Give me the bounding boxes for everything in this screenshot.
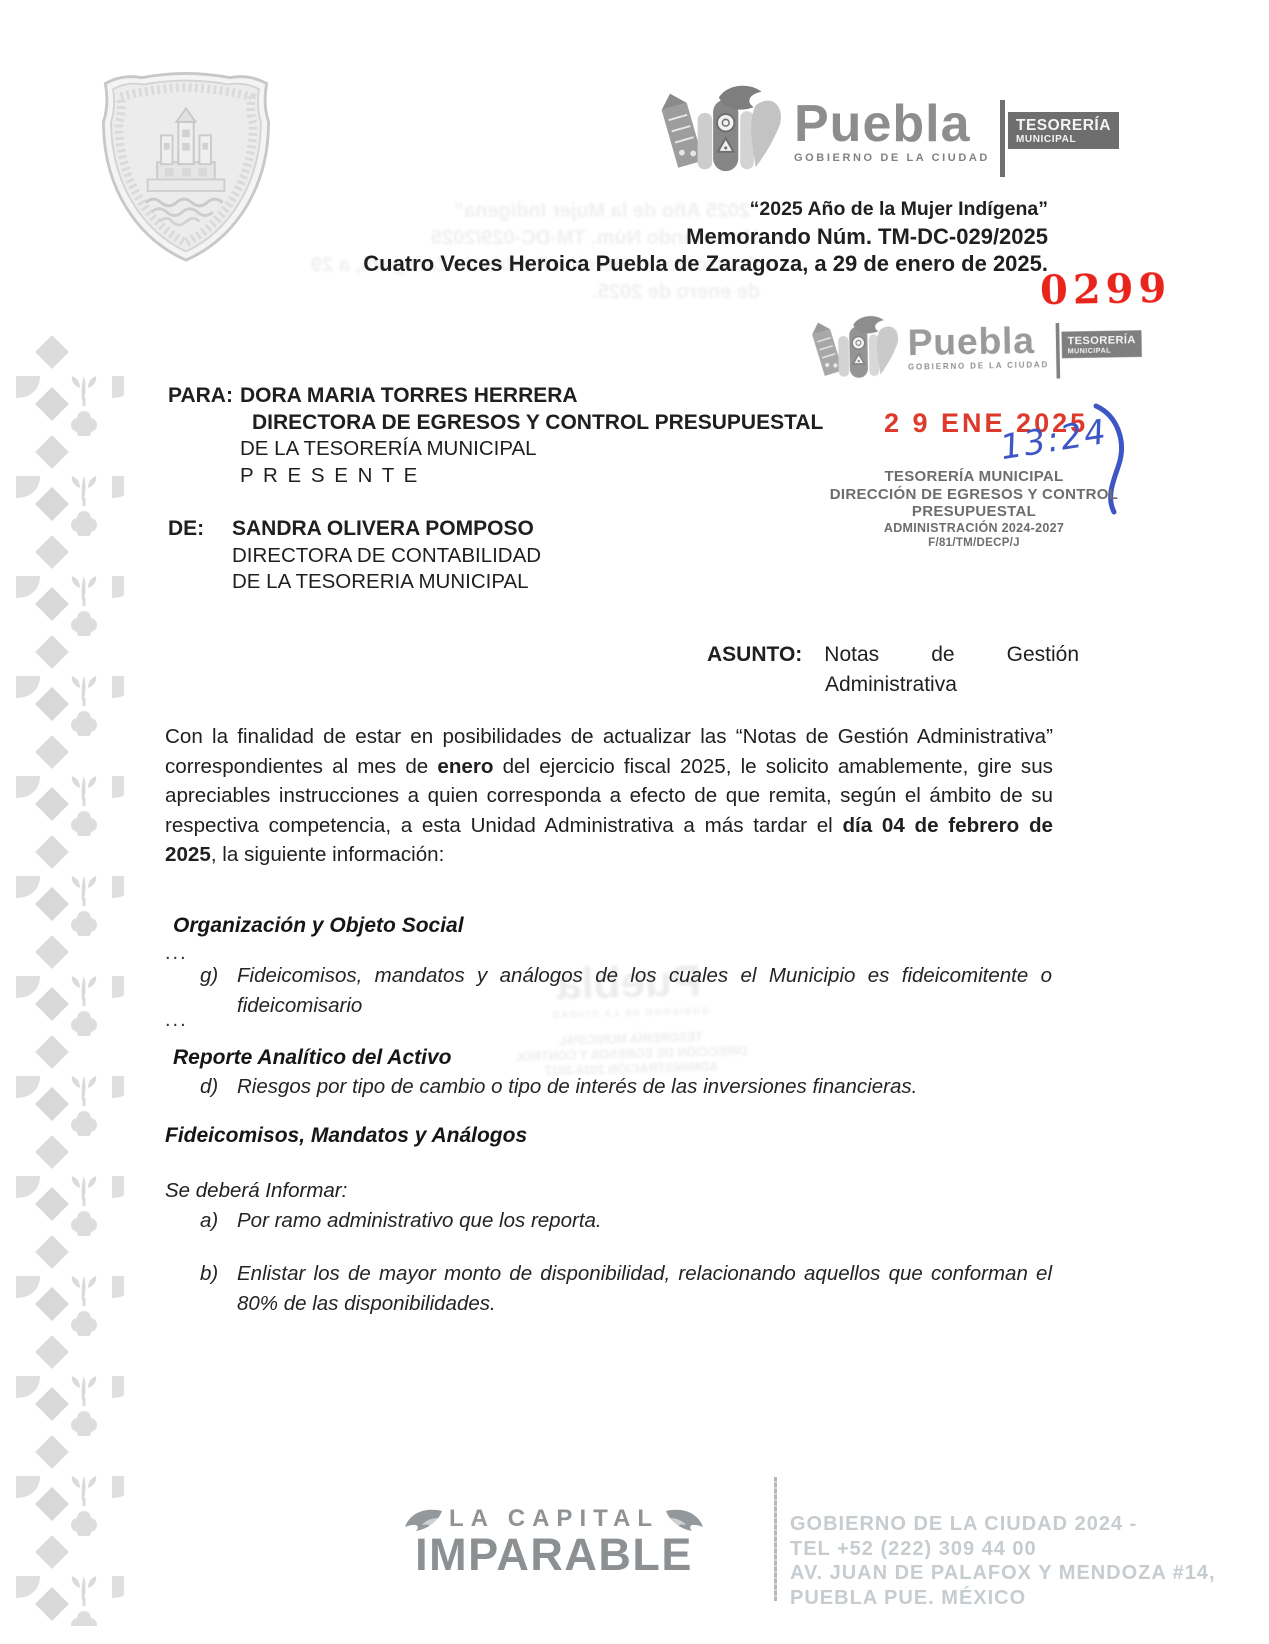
- footer-divider: [774, 1477, 777, 1601]
- puebla-logo: Puebla GOBIERNO DE LA CIUDAD TESORERÍA M…: [648, 84, 1118, 179]
- section-heading-reporte-activo: Reporte Analítico del Activo: [173, 1046, 452, 1070]
- ellipsis: ...: [165, 1009, 188, 1032]
- imparable-text: IMPARABLE: [398, 1533, 710, 1577]
- stamp-badge-line2: MUNICIPAL: [1068, 346, 1136, 355]
- puebla-landmarks-icon: [648, 84, 786, 176]
- received-stamp-logo: Puebla GOBIERNO DE LA CIUDAD TESORERÍA M…: [802, 310, 1142, 384]
- list-item-g: g) Fideicomisos, mandatos y análogos de …: [200, 961, 1052, 1020]
- section-heading-fideicomisos: Fideicomisos, Mandatos y Análogos: [165, 1124, 527, 1148]
- list-item-b: b) Enlistar los de mayor monto de dispon…: [200, 1259, 1052, 1318]
- item-label: d): [200, 1072, 218, 1102]
- recipient-block: PARA: DORA MARIA TORRES HERRERA DIRECTOR…: [168, 383, 888, 489]
- item-text: Enlistar los de mayor monto de disponibi…: [237, 1259, 1052, 1318]
- wing-right-icon: [665, 1506, 705, 1532]
- badge-line1: TESORERÍA: [1016, 117, 1111, 134]
- stamp-tesoreria-badge: TESORERÍA MUNICIPAL: [1062, 330, 1142, 358]
- puebla-wordmark: Puebla: [794, 102, 990, 146]
- memo-number: Memorando Núm. TM-DC-029/2025: [363, 223, 1048, 250]
- de-label: DE:: [168, 516, 232, 543]
- memo-scanned-page: Puebla GOBIERNO DE LA CIUDAD TESORERÍA M…: [0, 0, 1269, 1644]
- list-item-d: d) Riesgos por tipo de cambio o tipo de …: [200, 1072, 1052, 1102]
- recipient-present: P R E S E N T E: [168, 463, 888, 490]
- folio-number-stamp: 0299: [1040, 265, 1172, 314]
- dateline: Cuatro Veces Heroica Puebla de Zaragoza,…: [363, 250, 1048, 277]
- item-text: Por ramo administrativo que los reporta.: [237, 1206, 1052, 1236]
- stamp-badge-line1: TESORERÍA: [1067, 334, 1136, 347]
- sender-name-row: DE: SANDRA OLIVERA POMPOSO: [168, 516, 888, 543]
- footer-address: GOBIERNO DE LA CIUDAD 2024 - TEL +52 (22…: [790, 1512, 1216, 1610]
- item-label: a): [200, 1206, 218, 1236]
- item-label: g): [200, 961, 218, 991]
- coat-of-arms-watermark: [90, 63, 282, 271]
- subject-line1: ASUNTO: Notas de Gestión: [707, 640, 1079, 670]
- talavera-border-pattern: [14, 336, 124, 1626]
- year-motto: “2025 Año de la Mujer Indígena”: [363, 196, 1048, 223]
- bleed-line: TESORERÍA MUNICIPAL: [505, 1029, 755, 1051]
- sender-block: DE: SANDRA OLIVERA POMPOSO DIRECTORA DE …: [168, 516, 888, 596]
- stamp-wordmark: Puebla: [907, 325, 1049, 359]
- bleed-line: DIRECCIÓN DE EGRESOS Y CONTROL: [506, 1044, 756, 1066]
- logo-divider-bar: [1000, 100, 1005, 177]
- address-line1: GOBIERNO DE LA CIUDAD 2024 -: [790, 1512, 1216, 1537]
- list-item-a: a) Por ramo administrativo que los repor…: [200, 1206, 1052, 1236]
- subject-word: de: [931, 640, 954, 670]
- address-line3: AV. JUAN DE PALAFOX Y MENDOZA #14,: [790, 1561, 1216, 1586]
- informar-line: Se deberá Informar:: [165, 1179, 347, 1203]
- asunto-label: ASUNTO:: [707, 640, 802, 670]
- stamp-divider-bar: [1056, 323, 1061, 378]
- puebla-landmarks-icon-stamp: [802, 314, 903, 382]
- recipient-title1: DIRECTORA DE EGRESOS Y CONTROL PRESUPUES…: [168, 410, 888, 437]
- la-capital-imparable-logo: LA CAPITAL IMPARABLE: [398, 1505, 710, 1577]
- subject-word: Gestión: [1007, 640, 1079, 670]
- sender-title1: DIRECTORA DE CONTABILIDAD: [168, 543, 888, 570]
- badge-line2: MUNICIPAL: [1016, 134, 1111, 145]
- subject-words: Notas de Gestión: [824, 640, 1079, 670]
- stamp-logo-text: Puebla GOBIERNO DE LA CIUDAD: [907, 312, 1049, 372]
- address-line4: PUEBLA PUE. MÉXICO: [790, 1586, 1216, 1611]
- memo-header: “2025 Año de la Mujer Indígena” Memorand…: [363, 196, 1048, 277]
- section-heading-organizacion: Organización y Objeto Social: [173, 914, 464, 938]
- stamp-tagline: GOBIERNO DE LA CIUDAD: [908, 361, 1049, 372]
- sender-name: SANDRA OLIVERA POMPOSO: [232, 516, 534, 543]
- item-text: Riesgos por tipo de cambio o tipo de int…: [237, 1072, 1052, 1102]
- puebla-logo-text: Puebla GOBIERNO DE LA CIUDAD: [794, 84, 990, 164]
- subject-line2: Administrativa: [825, 670, 1079, 700]
- para-label: PARA:: [168, 383, 240, 410]
- address-line2: TEL +52 (222) 309 44 00: [790, 1537, 1216, 1562]
- body-paragraph: Con la finalidad de estar en posibilidad…: [165, 722, 1053, 870]
- item-label: b): [200, 1259, 218, 1289]
- ellipsis: ...: [165, 942, 188, 965]
- recipient-name: DORA MARIA TORRES HERRERA: [240, 383, 578, 410]
- sender-title2: DE LA TESORERIA MUNICIPAL: [168, 569, 888, 596]
- subject-block: ASUNTO: Notas de Gestión Administrativa: [707, 640, 1079, 700]
- tesoreria-badge: TESORERÍA MUNICIPAL: [1008, 112, 1119, 149]
- puebla-tagline: GOBIERNO DE LA CIUDAD: [794, 152, 990, 164]
- subject-word: Notas: [824, 640, 879, 670]
- recipient-title2: DE LA TESORERÍA MUNICIPAL: [168, 436, 888, 463]
- item-text: Fideicomisos, mandatos y análogos de los…: [237, 961, 1052, 1020]
- recipient-name-row: PARA: DORA MARIA TORRES HERRERA: [168, 383, 888, 410]
